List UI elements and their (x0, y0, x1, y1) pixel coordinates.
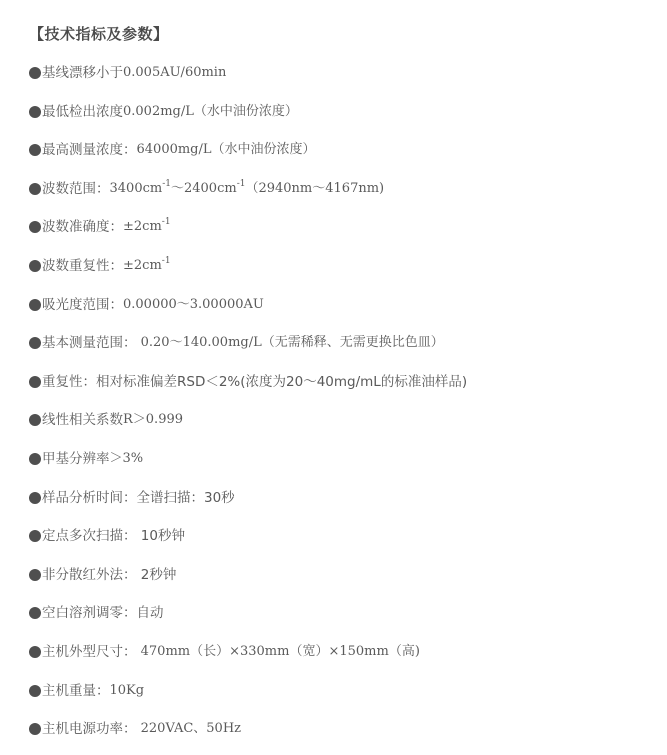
spec-label: 空白溶剂调零： (42, 601, 137, 625)
spec-value: 全谱扫描：30秒 (137, 486, 235, 510)
spec-value: 2秒钟 (137, 563, 177, 587)
spec-label: 波数重复性： (42, 254, 123, 278)
spec-value: ＞3% (110, 447, 144, 471)
bullet-icon (29, 414, 41, 426)
section-title: 【技术指标及参数】 (29, 22, 667, 46)
spec-label: 基本测量范围： (42, 331, 137, 355)
spec-item-blank-zero: 空白溶剂调零：自动 (29, 601, 667, 640)
spec-label: 非分散红外法： (42, 563, 137, 587)
value-segment: ±2cm (123, 219, 162, 234)
spec-item-methyl-resolution: 甲基分辨率＞3% (29, 447, 667, 486)
spec-item-weight: 主机重量：10Kg (29, 679, 667, 718)
spec-item-dimensions: 主机外型尺寸： 470mm（长）×330mm（宽）×150mm（高) (29, 640, 667, 679)
spec-item-wavenumber-range: 波数范围：3400cm-1～2400cm-1（2940nm～4167nm) (29, 177, 667, 216)
spec-item-linearity: 线性相关系数R＞0.999 (29, 408, 667, 447)
spec-label: 最高测量浓度： (42, 138, 137, 162)
spec-value: 220VAC、50Hz (137, 717, 242, 741)
bullet-icon (29, 607, 41, 619)
bullet-icon (29, 144, 41, 156)
spec-value: ±2cm-1 (123, 215, 171, 239)
spec-item-basic-range: 基本测量范围： 0.20～140.00mg/L（无需稀释、无需更换比色皿） (29, 331, 667, 370)
spec-label: 样品分析时间： (42, 486, 137, 510)
spec-document: 【技术指标及参数】 基线漂移小于0.005AU/60min 最低检出浓度0.00… (29, 22, 667, 755)
bullet-icon (29, 106, 41, 118)
spec-item-power: 主机电源功率： 220VAC、50Hz (29, 717, 667, 755)
bullet-icon (29, 723, 41, 735)
spec-item-repeatability: 重复性：相对标准偏差RSD＜2%(浓度为20～40mg/mL的标准油样品) (29, 370, 667, 409)
spec-item-wavenumber-accuracy: 波数准确度：±2cm-1 (29, 215, 667, 254)
bullet-icon (29, 685, 41, 697)
spec-label: 甲基分辨率 (42, 447, 110, 471)
spec-item-min-detection: 最低检出浓度0.002mg/L（水中油份浓度） (29, 100, 667, 139)
spec-item-absorbance-range: 吸光度范围：0.00000～3.00000AU (29, 293, 667, 332)
spec-item-ndir: 非分散红外法： 2秒钟 (29, 563, 667, 602)
spec-label: 主机外型尺寸： (42, 640, 137, 664)
superscript: -1 (162, 179, 171, 189)
bullet-icon (29, 646, 41, 658)
spec-item-baseline-drift: 基线漂移小于0.005AU/60min (29, 61, 667, 100)
bullet-icon (29, 453, 41, 465)
spec-label: 最低检出浓度 (42, 100, 123, 124)
bullet-icon (29, 67, 41, 79)
bullet-icon (29, 492, 41, 504)
spec-label: 重复性： (42, 370, 96, 394)
bullet-icon (29, 569, 41, 581)
spec-value: 64000mg/L（水中油份浓度） (137, 138, 316, 162)
spec-value: 470mm（长）×330mm（宽）×150mm（高) (137, 640, 420, 664)
value-segment: 3400cm (110, 181, 163, 196)
bullet-icon (29, 337, 41, 349)
spec-value: ±2cm-1 (123, 254, 171, 278)
spec-item-fixed-point-scan: 定点多次扫描： 10秒钟 (29, 524, 667, 563)
spec-label: 主机重量： (42, 679, 110, 703)
spec-label: 主机电源功率： (42, 717, 137, 741)
spec-label: 线性相关系数 (42, 408, 123, 432)
value-segment: ±2cm (123, 258, 162, 273)
value-segment: ～2400cm (171, 181, 237, 196)
spec-value: 相对标准偏差RSD＜2%(浓度为20～40mg/mL的标准油样品) (96, 370, 467, 394)
bullet-icon (29, 260, 41, 272)
spec-label: 波数范围： (42, 177, 110, 201)
superscript: -1 (162, 217, 171, 227)
value-segment: （2940nm～4167nm) (245, 181, 384, 196)
spec-value: 0.00000～3.00000AU (123, 293, 264, 317)
spec-value: 自动 (137, 601, 164, 625)
spec-value: R＞0.999 (123, 408, 183, 432)
bullet-icon (29, 376, 41, 388)
spec-value: 0.20～140.00mg/L（无需稀释、无需更换比色皿） (137, 331, 444, 355)
bullet-icon (29, 221, 41, 233)
spec-item-analysis-time: 样品分析时间：全谱扫描：30秒 (29, 486, 667, 525)
spec-value: 0.002mg/L（水中油份浓度） (123, 100, 298, 124)
superscript: -1 (162, 256, 171, 266)
bullet-icon (29, 530, 41, 542)
spec-label: 定点多次扫描： (42, 524, 137, 548)
spec-value: 10秒钟 (137, 524, 185, 548)
spec-value: 0.005AU/60min (123, 61, 226, 85)
spec-item-max-measurement: 最高测量浓度：64000mg/L（水中油份浓度） (29, 138, 667, 177)
spec-label: 吸光度范围： (42, 293, 123, 317)
bullet-icon (29, 299, 41, 311)
spec-value: 10Kg (110, 679, 145, 703)
spec-item-wavenumber-repeatability: 波数重复性：±2cm-1 (29, 254, 667, 293)
spec-list: 基线漂移小于0.005AU/60min 最低检出浓度0.002mg/L（水中油份… (29, 61, 667, 755)
spec-label: 基线漂移小于 (42, 61, 123, 85)
spec-value: 3400cm-1～2400cm-1（2940nm～4167nm) (110, 177, 385, 201)
spec-label: 波数准确度： (42, 215, 123, 239)
bullet-icon (29, 183, 41, 195)
